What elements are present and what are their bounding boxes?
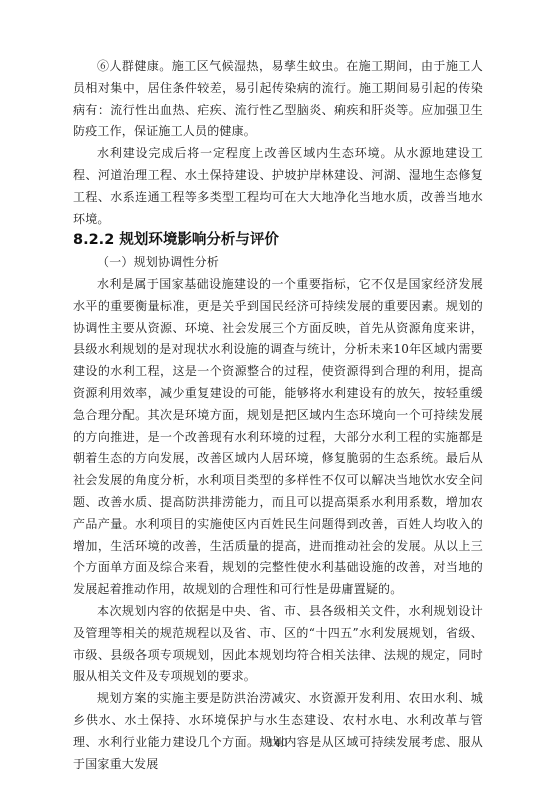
paragraph-coordination-analysis: 水利是属于国家基础设施建设的一个重要指标，它不仅是国家经济发展水平的重要衡量标准… bbox=[73, 274, 483, 601]
paragraph-worker-health: ⑥人群健康。施工区气候湿热，易孳生蚊虫。在施工期间，由于施工人员相对集中，居住条… bbox=[73, 56, 483, 143]
page-number: 140 bbox=[0, 737, 555, 749]
section-heading: 8.2.2 规划环境影响分析与评价 bbox=[73, 230, 483, 252]
paragraph-planning-basis: 本次规划内容的依据是中央、省、市、县各级相关文件，水利规划设计及管理等相关的规范… bbox=[73, 601, 483, 688]
paragraph-plan-implementation: 规划方案的实施主要是防洪治涝减灾、水资源开发利用、农田水利、城乡供水、水土保持、… bbox=[73, 688, 483, 775]
document-page: ⑥人群健康。施工区气候湿热，易孳生蚊虫。在施工期间，由于施工人员相对集中，居住条… bbox=[0, 0, 555, 785]
subsection-heading: （一）规划协调性分析 bbox=[73, 252, 483, 274]
page-content: ⑥人群健康。施工区气候湿热，易孳生蚊虫。在施工期间，由于施工人员相对集中，居住条… bbox=[73, 56, 483, 775]
paragraph-eco-environment: 水利建设完成后将一定程度上改善区域内生态环境。从水源地建设工程、河道治理工程、水… bbox=[73, 143, 483, 230]
